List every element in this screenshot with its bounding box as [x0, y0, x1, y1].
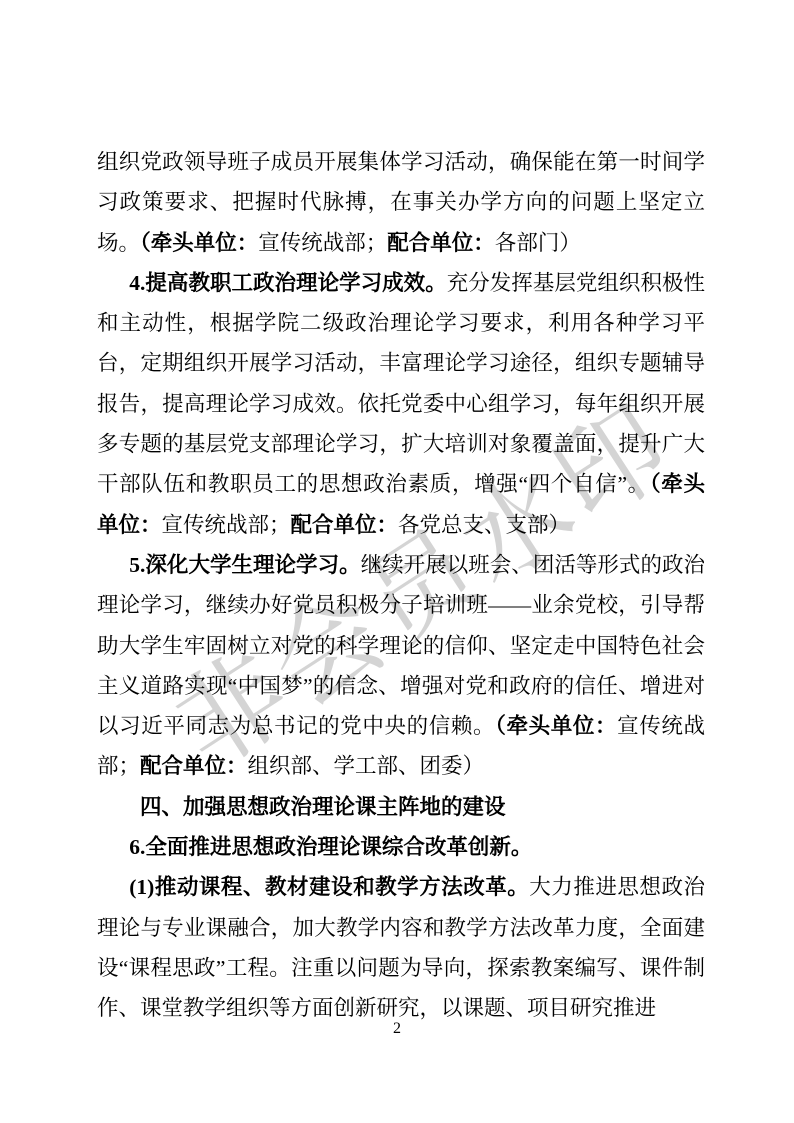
- page-number: 2: [0, 1018, 794, 1040]
- text-run: 继续开展以班会、团活等形式的政治理论学习，继续办好党员积极分子培训班——业余党校…: [97, 553, 705, 738]
- bold-text-run: (1)推动课程、教材建设和教学方法改革。: [129, 875, 529, 899]
- bold-text-run: 配合单位：: [291, 513, 399, 537]
- bold-text-run: 4.提高教职工政治理论学习成效。: [129, 271, 446, 295]
- bold-text-run: （牵头单位：: [140, 231, 258, 255]
- text-run: 四、加强思想政治理论课主阵地的建设: [140, 795, 506, 819]
- text-run: 组织部、学工部、团委）: [248, 754, 485, 778]
- paragraph: 4.提高教职工政治理论学习成效。充分发挥基层党组织积极性和主动性，根据学院二级政…: [97, 263, 705, 545]
- text-run: 各部门）: [495, 231, 581, 255]
- document-page: 非会员水印 组织党政领导班子成员开展集体学习活动，确保能在第一时间学习政策要求、…: [0, 0, 794, 1123]
- document-body: 组织党政领导班子成员开展集体学习活动，确保能在第一时间学习政策要求、把握时代脉搏…: [97, 142, 705, 1029]
- text-run: 宣传统战部；: [162, 513, 291, 537]
- paragraph: 5.深化大学生理论学习。继续开展以班会、团活等形式的政治理论学习，继续办好党员积…: [97, 545, 705, 787]
- paragraph: (1)推动课程、教材建设和教学方法改革。大力推进思想政治理论与专业课融合，加大教…: [97, 867, 705, 1028]
- text-run: 各党总支、支部）: [398, 513, 570, 537]
- bold-text-run: 配合单位：: [387, 231, 495, 255]
- paragraph: 组织党政领导班子成员开展集体学习活动，确保能在第一时间学习政策要求、把握时代脉搏…: [97, 142, 705, 263]
- text-run: 宣传统战部；: [258, 231, 387, 255]
- bold-text-run: 配合单位：: [140, 754, 248, 778]
- section-heading: 四、加强思想政治理论课主阵地的建设: [97, 787, 705, 827]
- text-run: 充分发挥基层党组织积极性和主动性，根据学院二级政治理论学习要求，利用各种学习平台…: [97, 271, 705, 496]
- bold-text-run: （牵头单位：: [495, 714, 617, 738]
- paragraph: 6.全面推进思想政治理论课综合改革创新。: [97, 827, 705, 867]
- bold-text-run: 6.全面推进思想政治理论课综合改革创新。: [129, 835, 532, 859]
- bold-text-run: 5.深化大学生理论学习。: [129, 553, 360, 577]
